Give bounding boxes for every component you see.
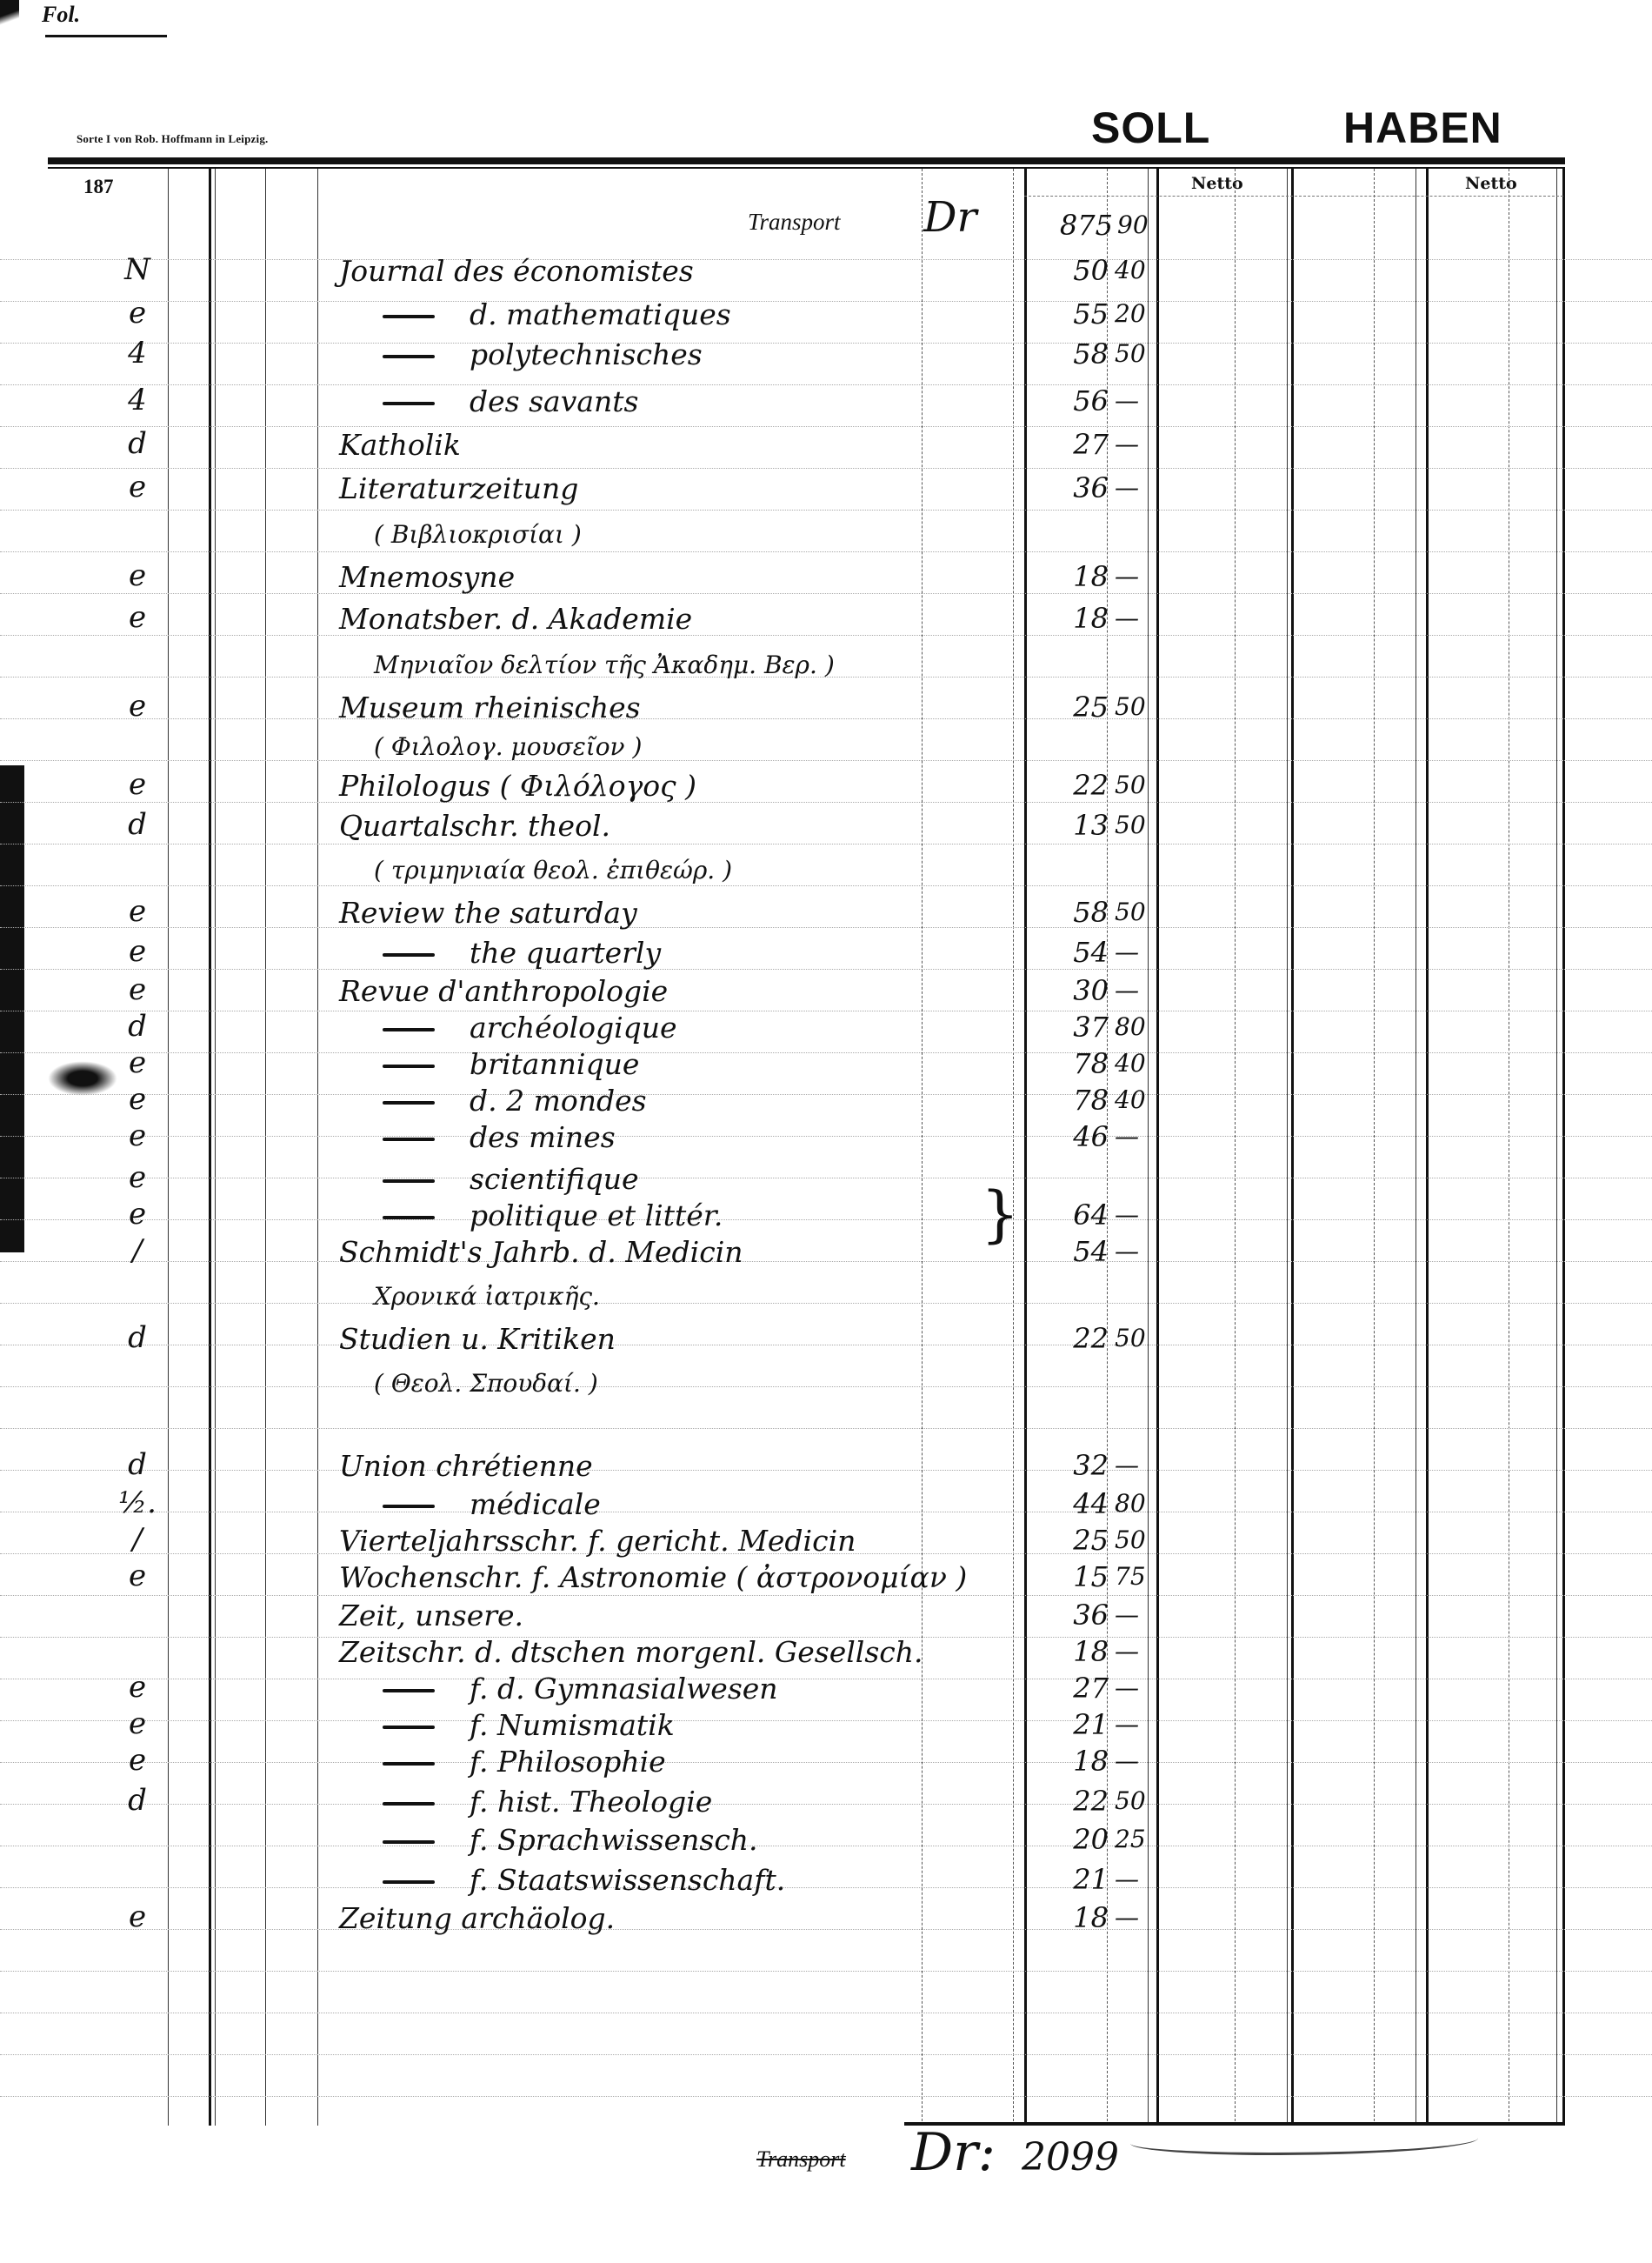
entry-title-text: Review the saturday: [339, 896, 637, 930]
ditto-dash: [383, 1689, 435, 1692]
printer-imprint: Sorte I von Rob. Hoffmann in Leipzig.: [77, 132, 268, 146]
ditto-dash: [383, 1216, 435, 1219]
soll-heading: SOLL: [1091, 103, 1210, 153]
row-rule: [0, 718, 1652, 719]
column-rule: [1556, 169, 1557, 2126]
ditto-dash: [383, 355, 435, 358]
column-rule: [1426, 169, 1429, 2126]
row-rule: [0, 927, 1652, 928]
transport-out-dr-mark: Dr:: [911, 2122, 996, 2183]
entry-title: des savants: [383, 384, 638, 418]
entry-cents: 20: [1115, 299, 1162, 328]
row-rule: [0, 1679, 1652, 1679]
column-rule: [1416, 169, 1416, 2126]
row-rule: [0, 1846, 1652, 1846]
entry-title: archéologique: [383, 1011, 677, 1045]
entry-cents: —: [1115, 1746, 1162, 1775]
paper-tear: [1130, 2126, 1478, 2155]
entry-amount: 22: [1026, 1785, 1109, 1818]
entry-amount: 18: [1026, 1901, 1109, 1934]
entry-title-text: Revue d'anthropologie: [339, 974, 668, 1008]
entry-title: Wochenschr. f. Astronomie ( ἀστρονομίαν …: [339, 1560, 967, 1594]
entry-title: scientifique: [383, 1162, 639, 1196]
entry-amount: 30: [1026, 974, 1109, 1007]
margin-mark: e: [111, 1559, 163, 1593]
entry-title: britannique: [383, 1047, 639, 1081]
entry-title: f. Staatswissenschaft.: [383, 1863, 785, 1897]
ditto-dash: [383, 1762, 435, 1766]
haben-heading: HABEN: [1343, 103, 1502, 153]
entry-title: Schmidt's Jahrb. d. Medicin: [339, 1235, 743, 1269]
entry-title-text: ( Φιλολογ. μουσεῖον ): [374, 732, 642, 761]
entry-title-text: archéologique: [470, 1011, 677, 1045]
transport-out-amount: 2099: [1022, 2135, 1119, 2180]
row-rule: [0, 1595, 1652, 1596]
margin-mark: e: [111, 1160, 163, 1195]
transport-in-label: Transport: [748, 209, 841, 236]
entry-cents: 50: [1115, 1525, 1162, 1554]
entry-amount: 78: [1026, 1084, 1109, 1117]
row-rule: [0, 969, 1652, 970]
entry-title: d. 2 mondes: [383, 1084, 647, 1118]
row-rule: [0, 802, 1652, 803]
margin-mark: e: [111, 1670, 163, 1705]
entry-amount: 25: [1026, 691, 1109, 724]
entry-title-text: Zeitschr. d. dtschen morgenl. Gesellsch.: [339, 1635, 923, 1669]
entry-title-text: d. 2 mondes: [470, 1084, 647, 1118]
entry-title: ( Φιλολογ. μουσεῖον ): [374, 732, 642, 761]
entry-cents: —: [1115, 1903, 1162, 1932]
entry-title-text: Museum rheinisches: [339, 691, 641, 724]
row-rule: [0, 1762, 1652, 1763]
entry-title: Review the saturday: [339, 896, 637, 930]
entry-amount: 21: [1026, 1863, 1109, 1896]
entry-amount: 54: [1026, 936, 1109, 969]
margin-mark: d: [111, 1009, 163, 1044]
entry-amount: 15: [1026, 1560, 1109, 1593]
entry-title: Mnemosyne: [339, 560, 515, 594]
ditto-dash: [383, 1802, 435, 1806]
row-rule: [0, 1303, 1652, 1304]
entry-amount: 18: [1026, 602, 1109, 635]
entry-title-text: Quartalschr. theol.: [339, 809, 610, 843]
entry-amount: 50: [1026, 254, 1109, 287]
entry-title-text: f. d. Gymnasialwesen: [470, 1672, 778, 1706]
column-rule: [1562, 169, 1565, 2126]
column-rule: [1235, 169, 1236, 2126]
entry-amount: 54: [1026, 1235, 1109, 1268]
entry-amount: 36: [1026, 1599, 1109, 1632]
entry-cents: —: [1115, 938, 1162, 966]
entry-title: d. mathematiques: [383, 297, 731, 331]
row-rule: [0, 593, 1652, 594]
margin-mark: /: [111, 1233, 163, 1268]
entry-cents: —: [1115, 604, 1162, 632]
entry-cents: —: [1115, 976, 1162, 1005]
entry-title: Zeit, unsere.: [339, 1599, 523, 1632]
entry-amount: 20: [1026, 1823, 1109, 1856]
row-rule: [0, 1470, 1652, 1471]
entry-title-text: Zeitung archäolog.: [339, 1901, 615, 1935]
entry-title-text: Journal des économistes: [339, 254, 694, 288]
margin-mark: e: [111, 767, 163, 802]
ditto-dash: [383, 1726, 435, 1729]
margin-mark: d: [111, 807, 163, 842]
column-rule: [168, 169, 169, 2126]
row-rule: [0, 1929, 1652, 1930]
entry-title-text: Literaturzeitung: [339, 471, 578, 505]
entry-title: Monatsber. d. Akademie: [339, 602, 692, 636]
entry-title-text: médicale: [470, 1487, 601, 1521]
transport-in-dr-mark: Dr: [923, 193, 976, 242]
header-thin-rule: [48, 167, 1565, 169]
entry-title: ( Θεολ. Σπουδαί. ): [374, 1369, 598, 1398]
entry-title: Μηνιαῖον δελτίον τῆς Ἀκαδημ. Βερ. ): [374, 651, 835, 679]
entry-cents: —: [1115, 430, 1162, 458]
entry-cents: 80: [1115, 1012, 1162, 1041]
entry-title-text: ( Θεολ. Σπουδαί. ): [374, 1369, 598, 1398]
entry-cents: —: [1115, 1200, 1162, 1229]
entry-cents: 50: [1115, 898, 1162, 926]
column-rule: [265, 169, 266, 2126]
entry-amount: 18: [1026, 1745, 1109, 1778]
entry-title: Studien u. Kritiken: [339, 1322, 616, 1356]
column-rule: [1291, 169, 1294, 2126]
entry-amount: 13: [1026, 809, 1109, 842]
entry-cents: 50: [1115, 339, 1162, 368]
entry-cents: 50: [1115, 771, 1162, 799]
entry-title-text: britannique: [470, 1047, 639, 1081]
header-separator: [1024, 196, 1563, 197]
entry-cents: 75: [1115, 1562, 1162, 1591]
entry-cents: 40: [1115, 256, 1162, 284]
entry-title: politique et littér.: [383, 1198, 723, 1232]
entry-title: polytechnisches: [383, 337, 703, 371]
entry-title-text: ( Βιβλιοκρισίαι ): [374, 520, 582, 549]
margin-mark: e: [111, 1045, 163, 1080]
entry-title: ( τριμηνιαία θεολ. ἐπιθεώρ. ): [374, 856, 732, 885]
transport-in-amount: 875: [1030, 209, 1113, 242]
entry-title-text: Union chrétienne: [339, 1449, 593, 1483]
entry-title-text: Katholik: [339, 428, 461, 462]
entry-cents: —: [1115, 1710, 1162, 1739]
entry-amount: 56: [1026, 384, 1109, 417]
margin-mark: 4: [111, 336, 163, 370]
entry-title: the quarterly: [383, 936, 661, 970]
row-rule: [0, 426, 1652, 427]
row-rule: [0, 844, 1652, 844]
transport-out-label: Transport: [756, 2146, 846, 2173]
header-thick-rule: [48, 157, 1565, 164]
margin-mark: e: [111, 1118, 163, 1153]
entry-title-text: f. Numismatik: [470, 1708, 675, 1742]
row-rule: [0, 1052, 1652, 1053]
entry-amount: 78: [1026, 1047, 1109, 1080]
entry-title: Katholik: [339, 428, 461, 462]
margin-mark: e: [111, 558, 163, 593]
margin-mark: d: [111, 1320, 163, 1355]
entry-cents: —: [1115, 473, 1162, 502]
row-rule: [0, 1804, 1652, 1805]
folio-label: Fol.: [42, 2, 80, 28]
entry-amount: 18: [1026, 1635, 1109, 1668]
ditto-dash: [383, 1880, 435, 1884]
entry-cents: 50: [1115, 1786, 1162, 1815]
column-rule: [1013, 169, 1014, 2126]
margin-mark: e: [111, 1082, 163, 1117]
entry-title-text: f. Philosophie: [470, 1745, 666, 1779]
entry-cents: 40: [1115, 1085, 1162, 1114]
ditto-dash: [383, 1101, 435, 1105]
entry-title: Philologus ( Φιλόλογος ): [339, 769, 696, 803]
row-rule: [0, 384, 1652, 385]
row-rule: [0, 885, 1652, 886]
entry-title-text: Schmidt's Jahrb. d. Medicin: [339, 1235, 743, 1269]
margin-mark: e: [111, 1197, 163, 1232]
entry-title: Quartalschr. theol.: [339, 809, 610, 843]
entry-amount: 44: [1026, 1487, 1109, 1520]
entry-cents: 50: [1115, 811, 1162, 839]
entry-amount: 32: [1026, 1449, 1109, 1482]
margin-mark: e: [111, 470, 163, 504]
entry-amount: 46: [1026, 1120, 1109, 1153]
entry-title: f. d. Gymnasialwesen: [383, 1672, 778, 1706]
entry-title: Literaturzeitung: [339, 471, 578, 505]
margin-mark: e: [111, 972, 163, 1007]
entry-cents: —: [1115, 1600, 1162, 1629]
entry-cents: —: [1115, 562, 1162, 591]
entry-title-text: Vierteljahrsschr. f. gericht. Medicin: [339, 1524, 856, 1558]
ink-smudge: [48, 1061, 117, 1096]
margin-mark: d: [111, 426, 163, 461]
column-rule: [215, 169, 216, 2126]
row-rule: [0, 1219, 1652, 1220]
row-rule: [0, 1345, 1652, 1345]
row-rule: [0, 1386, 1652, 1387]
margin-mark: e: [111, 689, 163, 724]
row-rule: [0, 1094, 1652, 1095]
transport-in-cents: 90: [1117, 210, 1165, 239]
column-rule: [1509, 169, 1509, 2126]
column-rule: [317, 169, 318, 2126]
entry-title: ( Βιβλιοκρισίαι ): [374, 520, 582, 549]
ditto-dash: [383, 1840, 435, 1844]
bracket-brace: }: [981, 1178, 1020, 1250]
ditto-dash: [383, 1138, 435, 1141]
entry-amount: 37: [1026, 1011, 1109, 1044]
margin-mark: e: [111, 1706, 163, 1741]
entry-title-text: polytechnisches: [470, 337, 703, 371]
row-rule: [0, 468, 1652, 469]
page-number: 187: [83, 176, 114, 198]
entry-cents: —: [1115, 1122, 1162, 1151]
folio-rule: [45, 35, 167, 37]
entry-title-text: scientifique: [470, 1162, 639, 1196]
entry-title: des mines: [383, 1120, 616, 1154]
total-rule: [904, 2122, 1565, 2126]
ditto-dash: [383, 953, 435, 957]
column-rule: [922, 169, 923, 2126]
row-rule: [0, 510, 1652, 511]
row-rule: [0, 343, 1652, 344]
ditto-dash: [383, 1505, 435, 1508]
entry-cents: 50: [1115, 692, 1162, 721]
margin-mark: N: [111, 252, 163, 287]
row-rule: [0, 1512, 1652, 1512]
entry-cents: —: [1115, 1237, 1162, 1265]
margin-mark: e: [111, 934, 163, 969]
entry-title: f. hist. Theologie: [383, 1785, 712, 1819]
scan-edge-shadow: [0, 765, 24, 1252]
margin-mark: 4: [111, 383, 163, 417]
entry-title-text: Μηνιαῖον δελτίον τῆς Ἀκαδημ. Βερ. ): [374, 651, 835, 679]
entry-title: Union chrétienne: [339, 1449, 593, 1483]
column-rule: [209, 169, 211, 2126]
entry-amount: 55: [1026, 297, 1109, 330]
entry-title-text: Mnemosyne: [339, 560, 515, 594]
margin-mark: ½.: [111, 1485, 163, 1520]
entry-title: Vierteljahrsschr. f. gericht. Medicin: [339, 1524, 856, 1558]
entry-title-text: des savants: [470, 384, 638, 418]
entry-cents: —: [1115, 1673, 1162, 1702]
entry-title-text: ( τριμηνιαία θεολ. ἐπιθεώρ. ): [374, 856, 732, 885]
ditto-dash: [383, 1028, 435, 1031]
entry-cents: 25: [1115, 1825, 1162, 1853]
entry-title-text: the quarterly: [470, 936, 661, 970]
row-rule: [0, 635, 1652, 636]
entry-title: médicale: [383, 1487, 601, 1521]
row-rule: [0, 1720, 1652, 1721]
column-rule: [1374, 169, 1375, 2126]
entry-amount: 25: [1026, 1524, 1109, 1557]
row-rule: [0, 1887, 1652, 1888]
page-corner-blot: [0, 0, 19, 35]
entry-cents: —: [1115, 1637, 1162, 1666]
entry-title: f. Philosophie: [383, 1745, 666, 1779]
entry-amount: 22: [1026, 1322, 1109, 1355]
entry-cents: —: [1115, 1451, 1162, 1479]
entry-title-text: f. hist. Theologie: [470, 1785, 712, 1819]
ditto-dash: [383, 1179, 435, 1183]
row-rule: [0, 301, 1652, 302]
row-rule: [0, 1178, 1652, 1178]
row-rule: [0, 2013, 1652, 2013]
margin-mark: e: [111, 1743, 163, 1778]
entry-title: f. Sprachwissensch.: [383, 1823, 758, 1857]
margin-mark: e: [111, 296, 163, 330]
margin-mark: e: [111, 894, 163, 929]
entry-title-text: Philologus ( Φιλόλογος ): [339, 769, 696, 803]
entry-amount: 21: [1026, 1708, 1109, 1741]
row-rule: [0, 551, 1652, 552]
row-rule: [0, 2096, 1652, 2097]
ditto-dash: [383, 315, 435, 318]
entry-title-text: Wochenschr. f. Astronomie ( ἀστρονομίαν …: [339, 1560, 967, 1594]
entry-amount: 36: [1026, 471, 1109, 504]
entry-amount: 64: [1026, 1198, 1109, 1232]
entry-amount: 18: [1026, 560, 1109, 593]
row-rule: [0, 2054, 1652, 2055]
entry-cents: 80: [1115, 1489, 1162, 1518]
entry-title-text: des mines: [470, 1120, 616, 1154]
entry-title-text: Zeit, unsere.: [339, 1599, 523, 1632]
entry-amount: 58: [1026, 896, 1109, 929]
row-rule: [0, 1261, 1652, 1262]
ditto-dash: [383, 402, 435, 405]
entry-title-text: f. Staatswissenschaft.: [470, 1863, 785, 1897]
entry-amount: 58: [1026, 337, 1109, 370]
margin-mark: d: [111, 1447, 163, 1482]
entry-cents: —: [1115, 386, 1162, 415]
row-rule: [0, 1011, 1652, 1011]
entry-title: Revue d'anthropologie: [339, 974, 668, 1008]
entry-title-text: Χρονικά ἰατρικῆς.: [374, 1282, 600, 1311]
margin-mark: d: [111, 1783, 163, 1818]
entry-title-text: f. Sprachwissensch.: [470, 1823, 758, 1857]
entry-title-text: Studien u. Kritiken: [339, 1322, 616, 1356]
entry-cents: —: [1115, 1865, 1162, 1893]
entry-title: Χρονικά ἰατρικῆς.: [374, 1282, 600, 1311]
entry-title: Zeitung archäolog.: [339, 1901, 615, 1935]
entry-title: f. Numismatik: [383, 1708, 675, 1742]
entry-title: Zeitschr. d. dtschen morgenl. Gesellsch.: [339, 1635, 923, 1669]
margin-mark: e: [111, 600, 163, 635]
entry-amount: 27: [1026, 428, 1109, 461]
entry-cents: 40: [1115, 1049, 1162, 1078]
row-rule: [0, 1971, 1652, 1972]
row-rule: [0, 760, 1652, 761]
entry-amount: 22: [1026, 769, 1109, 802]
row-rule: [0, 1136, 1652, 1137]
entry-cents: 50: [1115, 1324, 1162, 1352]
margin-mark: e: [111, 1899, 163, 1934]
column-rule: [1287, 169, 1288, 2126]
row-rule: [0, 1428, 1652, 1429]
entry-amount: 27: [1026, 1672, 1109, 1705]
entry-title: Journal des économistes: [339, 254, 694, 288]
ditto-dash: [383, 1065, 435, 1068]
margin-mark: /: [111, 1522, 163, 1557]
row-rule: [0, 259, 1652, 260]
entry-title: Museum rheinisches: [339, 691, 641, 724]
entry-title-text: Monatsber. d. Akademie: [339, 602, 692, 636]
entry-title-text: d. mathematiques: [470, 297, 731, 331]
entry-title-text: politique et littér.: [470, 1198, 723, 1232]
